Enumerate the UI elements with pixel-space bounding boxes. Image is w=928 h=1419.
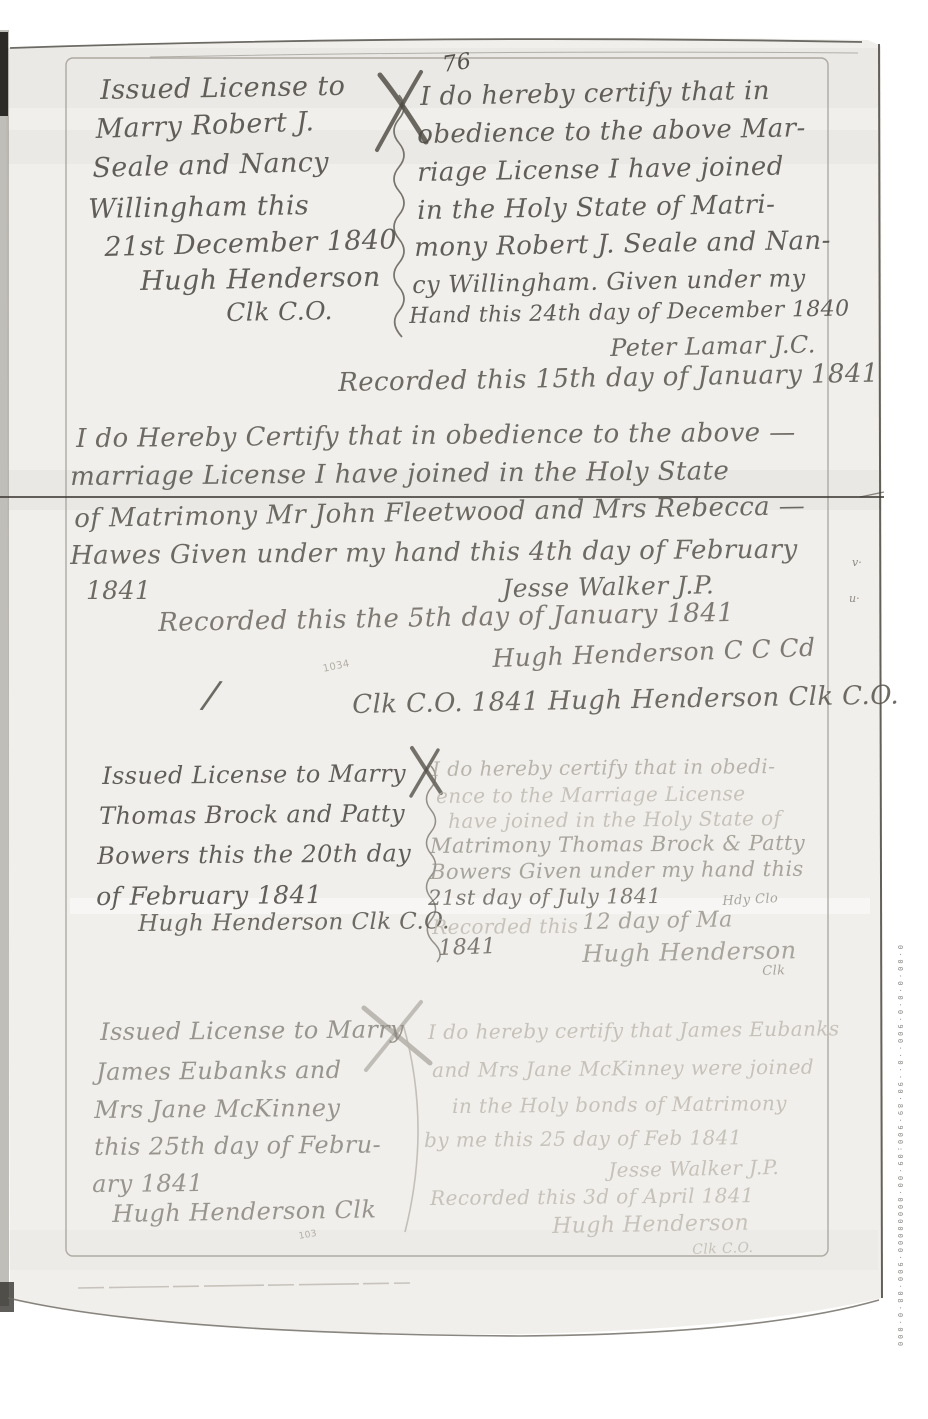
recorded-fragment: 12 day of Ma xyxy=(582,907,733,935)
certificate-line: Bowers Given under my hand this xyxy=(430,857,804,884)
certificate-line: by me this 25 day of Feb 1841 xyxy=(424,1125,742,1152)
officiant-signature: Jesse Walker J.P. xyxy=(608,1155,779,1182)
issuance-line: James Eubanks and xyxy=(96,1056,342,1086)
certificate-line: in the Holy State of Matri- xyxy=(417,190,776,226)
clerk-signature: Hugh Henderson Clk xyxy=(112,1195,377,1228)
issuance-line: this 25th day of Febru- xyxy=(94,1130,381,1161)
scanned-ledger-page: Issued License to Marry Robert J. Seale … xyxy=(0,0,928,1419)
margin-mark: u· xyxy=(849,592,860,605)
recorded-year: 1841 xyxy=(438,934,496,961)
clerk-abbreviation: Clk C.O. xyxy=(692,1240,754,1258)
issuance-line: Thomas Brock and Patty xyxy=(99,799,405,830)
issuance-line: Bowers this the 20th day xyxy=(97,839,411,870)
recorded-fragment: Hdy Clo xyxy=(722,891,779,909)
issuance-line: Issued License to xyxy=(100,71,346,106)
clerk-abbreviation: Clk C.O. xyxy=(226,296,333,327)
certificate-line: and Mrs Jane McKinney were joined xyxy=(432,1055,814,1082)
certificate-line: have joined in the Holy State of xyxy=(448,806,781,833)
issuance-line: ary 1841 xyxy=(92,1169,203,1198)
issuance-line: Seale and Nancy xyxy=(92,147,329,184)
issuance-line: Issued License to Marry xyxy=(102,759,406,790)
clerk-abbreviation: Clk xyxy=(762,963,786,979)
certificate-line: I do hereby certify that in obedi- xyxy=(432,754,775,781)
margin-mark: v· xyxy=(852,556,862,569)
issuance-line: Willingham this xyxy=(88,190,309,225)
clerk-signature: Hugh Henderson xyxy=(552,1211,749,1239)
certificate-line: I do hereby certify that in xyxy=(420,76,770,112)
page-number: 76 xyxy=(441,49,473,78)
certificate-line: I do hereby certify that James Eubanks xyxy=(428,1016,840,1044)
certificate-line: 21st day of July 1841 xyxy=(428,884,661,910)
certificate-line: in the Holy bonds of Matrimony xyxy=(452,1091,787,1118)
certificate-line: ence to the Marriage License xyxy=(436,781,746,808)
microfilm-edge-code: 0·00·0·0·0·900··0··90·89·900:09·00·00000… xyxy=(896,945,904,1280)
clerk-signature: Hugh Henderson xyxy=(140,262,381,297)
issuance-line: Issued License to Marry xyxy=(100,1015,404,1046)
book-spine-shadow xyxy=(0,30,9,1306)
certificate-line: marriage License I have joined in the Ho… xyxy=(70,456,729,492)
certificate-line: 1841 xyxy=(86,576,151,605)
recorded-line: Recorded this 3d of April 1841 xyxy=(430,1183,754,1210)
officiant-signature: Peter Lamar J.C. xyxy=(610,330,816,362)
issuance-line: of February 1841 xyxy=(96,880,322,911)
certificate-line: riage License I have joined xyxy=(417,152,784,188)
certificate-line: I do Hereby Certify that in obedience to… xyxy=(76,418,796,454)
certificate-line: Hawes Given under my hand this 4th day o… xyxy=(70,535,798,571)
certificate-line: Matrimony Thomas Brock & Patty xyxy=(430,831,805,858)
clerk-signature: Hugh Henderson Clk C.O. xyxy=(138,908,450,937)
issuance-line: Mrs Jane McKinney xyxy=(94,1094,341,1124)
